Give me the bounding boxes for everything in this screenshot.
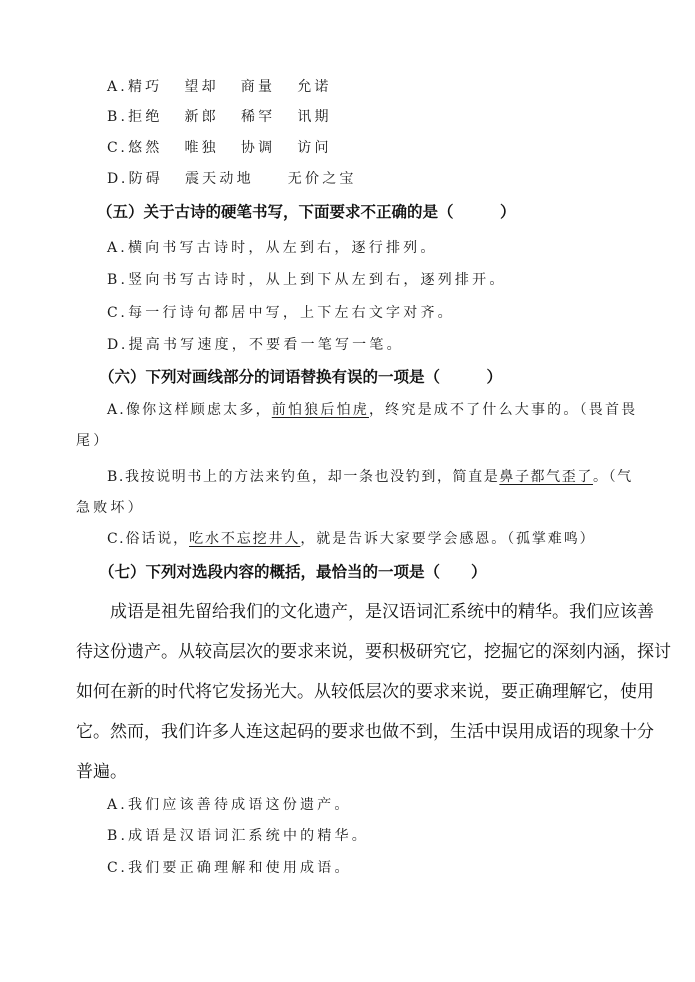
option-b: B.成语是汉语词汇系统中的精华。 bbox=[107, 826, 369, 846]
option-b: B.拒绝新郎稀罕讯期 bbox=[107, 107, 332, 127]
word: 协调 bbox=[241, 140, 275, 156]
question-heading: （五）关于古诗的硬笔书写，下面要求不正确的是（ ） bbox=[97, 201, 516, 223]
underlined-phrase: 前怕狼后怕虎 bbox=[272, 402, 369, 418]
word: 访问 bbox=[297, 140, 331, 156]
question-heading: （六）下列对画线部分的词语替换有误的一项是（ ） bbox=[99, 366, 502, 388]
word: 震天动地 bbox=[185, 171, 254, 187]
option-label: A. bbox=[107, 402, 126, 418]
option-label: D. bbox=[107, 171, 129, 187]
sentence-text: ，终究是成不了什么大事的。（畏首畏 bbox=[369, 402, 637, 418]
word: 稀罕 bbox=[241, 109, 275, 125]
option-a: A.我们应该善待成语这份遗产。 bbox=[107, 795, 352, 815]
word: 允诺 bbox=[297, 79, 331, 95]
word: 悠然 bbox=[128, 140, 162, 156]
word: 新郎 bbox=[185, 109, 219, 125]
word: 商量 bbox=[241, 79, 275, 95]
option-c: C.悠然唯独协调访问 bbox=[107, 138, 332, 158]
sentence-text: 。（气 bbox=[593, 469, 633, 485]
option-d: D.提高书写速度，不要看一笔写一笔。 bbox=[107, 335, 404, 355]
word: 无价之宝 bbox=[288, 171, 357, 187]
word: 望却 bbox=[184, 79, 218, 95]
option-b: B.我按说明书上的方法来钓鱼，却一条也没钓到，简直是鼻子都气歪了。（气 bbox=[107, 467, 633, 487]
option-label: A. bbox=[107, 79, 128, 95]
option-c: C.俗话说，吃水不忘挖井人，就是告诉大家要学会感恩。（孤掌难鸣） bbox=[107, 529, 596, 549]
option-b: B.竖向书写古诗时，从上到下从左到右，逐列排开。 bbox=[107, 270, 507, 290]
option-a-wrap: 尾） bbox=[76, 431, 110, 451]
option-label: C. bbox=[107, 531, 125, 547]
underlined-phrase: 鼻子都气歪了 bbox=[499, 469, 593, 485]
option-label: B. bbox=[107, 469, 125, 485]
word: 精巧 bbox=[128, 79, 162, 95]
underlined-phrase: 吃水不忘挖井人 bbox=[189, 531, 300, 547]
sentence-text: ，就是告诉大家要学会感恩。（孤掌难鸣） bbox=[300, 531, 595, 547]
passage-line: 成语是祖先留给我们的文化遗产，是汉语词汇系统中的精华。我们应该善 bbox=[76, 600, 654, 624]
passage-line: 待这份遗产。从较高层次的要求来说，要积极研究它，挖掘它的深刻内涵，探讨 bbox=[76, 640, 671, 664]
word: 讯期 bbox=[297, 109, 331, 125]
passage-line: 普遍。 bbox=[76, 760, 127, 784]
passage-line: 它。然而，我们许多人连这起码的要求也做不到，生活中误用成语的现象十分 bbox=[76, 720, 654, 744]
question-heading: （七）下列对选段内容的概括，最恰当的一项是（ ） bbox=[99, 561, 487, 583]
word: 唯独 bbox=[184, 140, 218, 156]
passage-line: 如何在新的时代将它发扬光大。从较低层次的要求来说，要正确理解它，使用 bbox=[76, 680, 654, 704]
option-a: A.像你这样顾虑太多，前怕狼后怕虎，终究是成不了什么大事的。（畏首畏 bbox=[107, 400, 637, 420]
option-c: C.我们要正确理解和使用成语。 bbox=[107, 858, 352, 878]
sentence-text: 像你这样顾虑太多， bbox=[126, 402, 272, 418]
option-a: A.横向书写古诗时，从左到右，逐行排列。 bbox=[107, 238, 438, 258]
option-a: A.精巧望却商量允诺 bbox=[107, 77, 332, 97]
option-label: C. bbox=[107, 140, 128, 156]
option-d: D.防碍震天动地无价之宝 bbox=[107, 169, 357, 189]
sentence-text: 我按说明书上的方法来钓鱼，却一条也没钓到，简直是 bbox=[125, 469, 499, 485]
option-c: C.每一行诗句都居中写，上下左右文字对齐。 bbox=[107, 303, 455, 323]
option-label: B. bbox=[107, 109, 128, 125]
sentence-text: 俗话说， bbox=[125, 531, 189, 547]
word: 拒绝 bbox=[128, 109, 162, 125]
word: 防碍 bbox=[129, 171, 163, 187]
option-b-wrap: 急败坏） bbox=[76, 498, 145, 518]
